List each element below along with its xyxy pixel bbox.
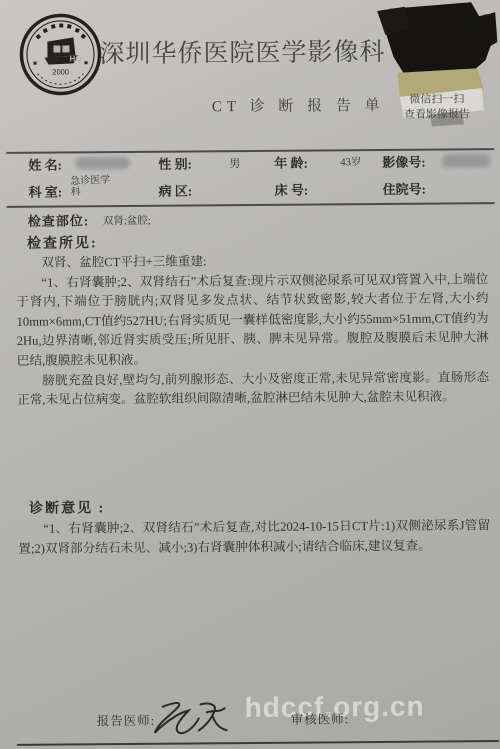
redacted-patient-name — [75, 157, 129, 169]
review-doctor-label: 审核医师: — [291, 709, 350, 727]
seal-letters: HQ — [69, 54, 81, 63]
wechat-line2: 查看影像报告 — [404, 107, 470, 123]
dept-label: 科 室: — [28, 181, 62, 200]
dept-value: 急诊医学科 — [70, 174, 119, 198]
hospital-name: 深圳华侨医院医学影像科 — [99, 32, 385, 70]
hospital-seal-icon: HQ 2000 — [17, 11, 104, 98]
wechat-scan-note: 微信扫一扫 查看影像报告 — [404, 92, 470, 123]
findings-body: 双肾、盆腔CT平扫+三维重建: “1、右肾囊肿;2、双肾结石”术后复查:现片示双… — [16, 250, 489, 410]
gender-label: 性 别: — [158, 153, 192, 172]
gender-value: 男 — [229, 155, 240, 171]
exam-part-value: 双肾;盆腔; — [103, 213, 151, 228]
admission-label: 住院号: — [382, 179, 425, 198]
ct-report-photo: HQ 2000 深圳华侨医院医学影像科 CT 诊 断 报 告 单 微信扫一扫 查… — [0, 0, 500, 749]
diagnosis-heading: 诊断意见 : — [29, 497, 105, 518]
exam-part-label: 检查部位: — [28, 210, 89, 229]
wechat-line1: 微信扫一扫 — [404, 92, 470, 108]
report-title: CT 诊 断 报 告 单 — [212, 94, 385, 116]
name-label: 姓 名: — [28, 154, 62, 173]
seal-boat-icon: HQ — [44, 37, 81, 64]
divider-bottom — [17, 740, 499, 746]
bed-label: 床 号: — [274, 180, 308, 199]
report-doctor-label: 报告医师: — [97, 711, 156, 729]
seal-year: 2000 — [52, 67, 69, 76]
diagnosis-body: “1、右肾囊肿;2、双肾结石”术后复查,对比2024-10-15日CT片:1)双… — [18, 516, 490, 559]
findings-para1: “1、右肾囊肿;2、双肾结石”术后复查:现片示双侧泌尿系可见双J管置入中,上端位… — [16, 270, 489, 372]
diagnosis-para1: “1、右肾囊肿;2、双肾结石”术后复查,对比2024-10-15日CT片:1)双… — [18, 516, 490, 559]
age-value: 43岁 — [340, 154, 361, 169]
findings-heading: 检查所见: — [27, 232, 98, 253]
age-label: 年 龄: — [274, 153, 308, 172]
findings-para2: 膀胱充盈良好,壁均匀,前列腺形态、大小及密度正常,未见异常密度影。直肠形态正常,… — [17, 368, 489, 411]
report-sheet: HQ 2000 深圳华侨医院医学影像科 CT 诊 断 报 告 单 微信扫一扫 查… — [0, 0, 500, 749]
redacted-image-number — [442, 154, 490, 167]
ward-label: 病 区: — [158, 180, 192, 199]
image-no-label: 影像号: — [382, 152, 425, 171]
report-doctor-signature — [148, 692, 236, 743]
divider-patient — [7, 202, 495, 208]
